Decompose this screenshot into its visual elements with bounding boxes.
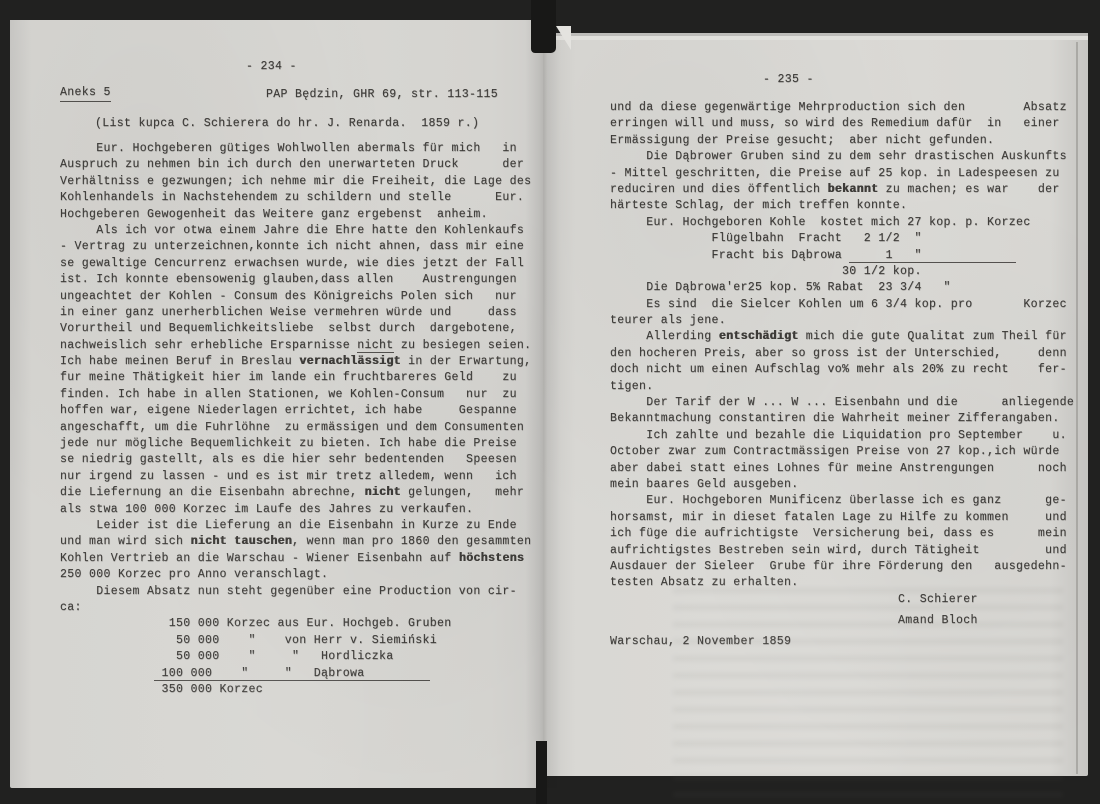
typewritten-line: Hochgeberen Gewogenheit das Weitere ganz… (60, 207, 531, 223)
typewritten-line: Kohlen Vertrieb an die Warschau - Wiener… (60, 551, 531, 567)
typewritten-line: 150 000 Korzec aus Eur. Hochgeb. Gruben (60, 616, 531, 632)
typewritten-line: ich füge die aufrichtigste Versicherung … (610, 526, 1074, 542)
typewritten-line: Eur. Hochgeboren Kohle kostet mich 27 ko… (610, 215, 1074, 231)
typewritten-line: October zwar zum Contractmässigen Preise… (610, 444, 1074, 460)
page-234: - 234 - Aneks 5 PAP Będzin, GHR 69, str.… (10, 20, 543, 788)
page-235: - 235 - und da diese gegenwärtige Mehrpr… (543, 40, 1088, 776)
typewritten-line: horsamst, mir in dieset fatalen Lage zu … (610, 510, 1074, 526)
typewritten-line: Ich zahlte und bezahle die Liquidation p… (610, 428, 1074, 444)
typewritten-line: und man wird sich nicht tauschen, wenn m… (60, 534, 531, 550)
dateline: Warschau, 2 November 1859 (610, 635, 791, 648)
folded-page-corner (556, 26, 571, 50)
typewritten-line: Flügelbahn Fracht 2 1/2 " (610, 231, 1074, 247)
typewritten-line: den hocheren Preis, aber so gross ist de… (610, 346, 1074, 362)
page-234-text: Eur. Hochgeberen gütiges Wohlwollen aber… (60, 141, 531, 698)
typewritten-line: se niedrig gastellt, als es die hier seh… (60, 452, 531, 468)
signature-bloch: Amand Bloch (898, 614, 978, 627)
typewritten-line: aufrichtigstes Bestreben sein wird, durc… (610, 543, 1074, 559)
typewritten-line: 350 000 Korzec (60, 682, 531, 698)
typewritten-line: hoffen war, eigene Niederlagen errichtet… (60, 403, 531, 419)
archive-reference: PAP Będzin, GHR 69, str. 113-115 (266, 88, 498, 101)
typewritten-line: als stwa 100 000 Korzec im Laufe des Jah… (60, 502, 531, 518)
typewritten-line: Fracht bis Dąbrowa 1 " (610, 248, 1074, 264)
typewritten-line: ungeachtet der Kohlen - Consum des König… (60, 289, 531, 305)
typewritten-line: Es sind die Sielcer Kohlen um 6 3/4 kop.… (610, 297, 1074, 313)
typewritten-line: teurer als jene. (610, 313, 1074, 329)
typewritten-line: 30 1/2 kop. (610, 264, 1074, 280)
typewritten-line: Eur. Hochgeboren Munificenz überlasse ic… (610, 493, 1074, 509)
typewritten-line: - Mittel geschritten, die Preise auf 25 … (610, 166, 1074, 182)
typewritten-line: mein baares Geld ausgeben. (610, 477, 1074, 493)
typewritten-line: Bekanntmachung constantiren die Wahrheit… (610, 411, 1074, 427)
typewritten-line: 250 000 Korzec pro Anno veranschlagt. (60, 567, 531, 583)
binding-notch-bottom (536, 741, 547, 804)
typewritten-line: Verhältniss e gezwungen; ich nehme mir d… (60, 174, 531, 190)
typewritten-line: Der Tarif der W ... W ... Eisenbahn und … (610, 395, 1074, 411)
typewritten-line: doch nicht um einen Aufschlag vo% mehr a… (610, 362, 1074, 378)
typewritten-line: Kohlenhandels in Nachstehendem zu schild… (60, 190, 531, 206)
binding-notch-top (531, 0, 556, 53)
typewritten-line: finden. Ich habe in allen Stationen, we … (60, 387, 531, 403)
page-235-text: und da diese gegenwärtige Mehrproduction… (610, 100, 1074, 592)
typewritten-line: jede nur mögliche Bequemlichkeit zu biet… (60, 436, 531, 452)
typewritten-line: in einer ganz unerherblichen Weise verme… (60, 305, 531, 321)
typewritten-line: angeschafft, um die Fuhrlöhne zu ermässi… (60, 420, 531, 436)
typewritten-line: nachweislich sehr erhebliche Ersparnisse… (60, 338, 531, 354)
typewritten-line: die Liefernung an die Eisenbahn abrechne… (60, 485, 531, 501)
typewritten-line: Auspruch zu nehmen bin ich durch den une… (60, 157, 531, 173)
typewritten-line: - Vertrag zu unterzeichnen,konnte ich ni… (60, 239, 531, 255)
typewritten-line: aber dabei statt eines Lohnes für meine … (610, 461, 1074, 477)
typewritten-line: Ermässigung der Preise gesucht; aber nic… (610, 133, 1074, 149)
typewritten-line: nur irgend zu lassen - und es ist mir tr… (60, 469, 531, 485)
typewritten-line: und da diese gegenwärtige Mehrproduction… (610, 100, 1074, 116)
typewritten-line: Vorurtheil und Bequemlichkeitsliebe selb… (60, 321, 531, 337)
typewritten-line: 50 000 " " Hordliczka (60, 649, 531, 665)
page-number: - 234 - (246, 60, 297, 73)
typewritten-line: se gewaltige Cencurrenz erwachsen wurde,… (60, 256, 531, 272)
typewritten-line: tigen. (610, 379, 1074, 395)
typewritten-line: 50 000 " von Herr v. Siemiński (60, 633, 531, 649)
typewritten-line: ca: (60, 600, 531, 616)
typewritten-line: Allerding entschädigt mich die gute Qual… (610, 329, 1074, 345)
typewritten-line: Ich habe meinen Beruf in Breslau vernach… (60, 354, 531, 370)
typewritten-line: fur meine Thätigkeit hier im lande ein f… (60, 370, 531, 386)
typewritten-line: Leider ist die Lieferung an die Eisenbah… (60, 518, 531, 534)
page-number: - 235 - (763, 73, 814, 86)
aneks-label: Aneks 5 (60, 86, 111, 102)
typewritten-line: 100 000 " " Dąbrowa (60, 666, 531, 682)
stacked-page-edge (550, 36, 1088, 40)
typewritten-line: testen Absatz zu erhalten. (610, 575, 1074, 591)
typewritten-line: Eur. Hochgeberen gütiges Wohlwollen aber… (60, 141, 531, 157)
typewritten-line: reduciren und dies öffentlich bekannt zu… (610, 182, 1074, 198)
book-spread: - 234 - Aneks 5 PAP Będzin, GHR 69, str.… (0, 0, 1100, 804)
typewritten-line: Als ich vor otwa einem Jahre die Ehre ha… (60, 223, 531, 239)
typewritten-line: Diesem Absatz nun steht gegenüber eine P… (60, 584, 531, 600)
typewritten-line: Ausdauer der Sieleer Grube für ihre Förd… (610, 559, 1074, 575)
typewritten-line: Die Dąbrower Gruben sind zu dem sehr dra… (610, 149, 1074, 165)
typewritten-line: erringen will und muss, so wird des Reme… (610, 116, 1074, 132)
signature-schierer: C. Schierer (898, 593, 978, 606)
typewritten-line: ist. Ich konnte ebensowenig glauben,dass… (60, 272, 531, 288)
bleed-through-texture (673, 588, 1063, 798)
page-edge-line (1076, 42, 1078, 774)
typewritten-line: härteste Schlag, der mich treffen konnte… (610, 198, 1074, 214)
typewritten-line: Die Dąbrowa'er25 kop. 5% Rabat 23 3/4 " (610, 280, 1074, 296)
letter-caption: (List kupca C. Schierera do hr. J. Renar… (95, 117, 479, 130)
